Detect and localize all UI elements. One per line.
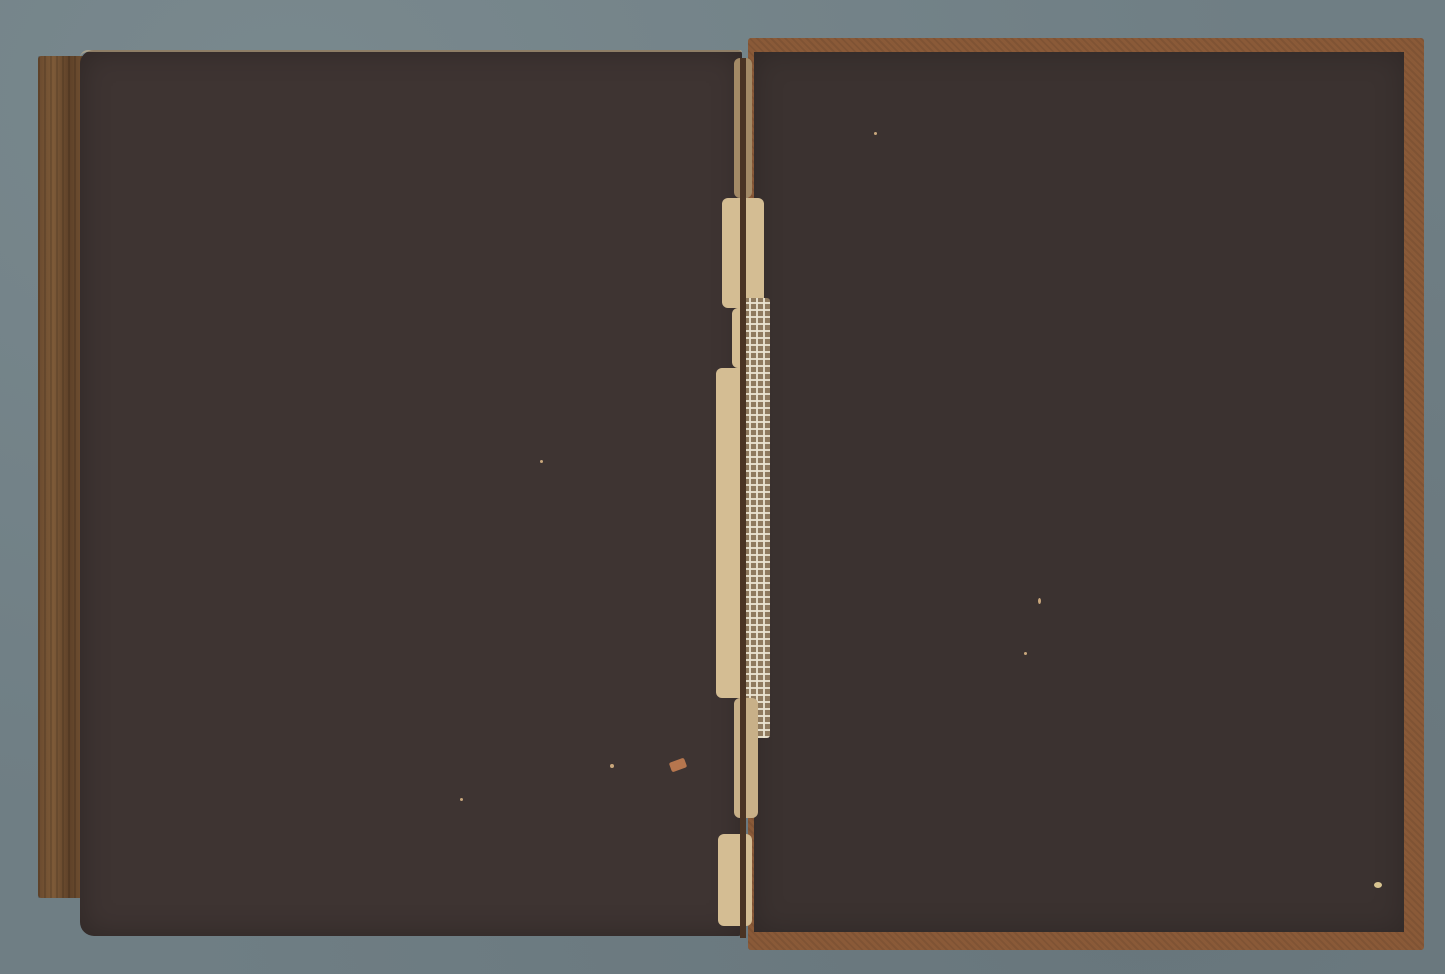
right-pastedown-endpaper: [754, 52, 1404, 932]
speck: [874, 132, 877, 135]
exposed-mull-gauze: [742, 298, 770, 738]
speck: [540, 460, 543, 463]
speck: [460, 798, 463, 801]
torn-paper-strip: [718, 834, 752, 926]
paper-chip: [669, 758, 687, 773]
speck: [1038, 598, 1041, 604]
left-pastedown-endpaper: [80, 50, 742, 936]
speck: [1024, 652, 1027, 655]
speck: [1374, 882, 1382, 888]
torn-spine-gutter: [712, 58, 772, 938]
spine-crack: [740, 58, 746, 938]
torn-paper-strip: [734, 698, 758, 818]
speck: [610, 764, 614, 768]
